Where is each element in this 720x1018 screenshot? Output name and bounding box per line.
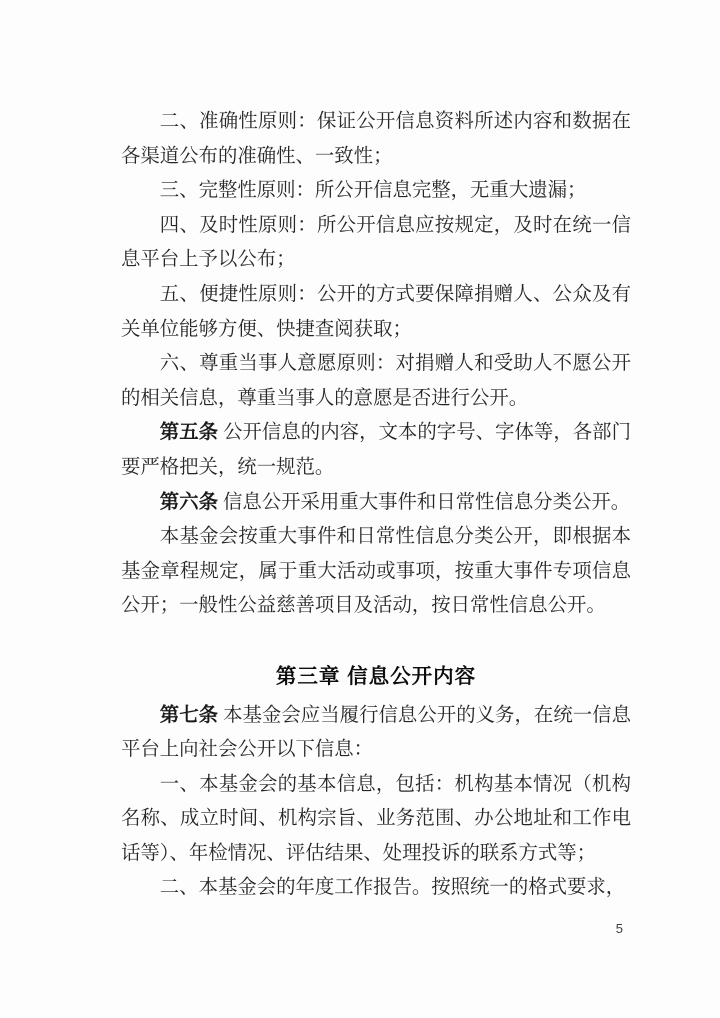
body-paragraph: 五、便捷性原则：公开的方式要保障捐赠人、公众及有关单位能够方便、快捷查阅获取； xyxy=(121,278,631,347)
article-number: 第六条 xyxy=(160,492,218,513)
body-paragraph: 四、及时性原则：所公开信息应按规定，及时在统一信息平台上予以公布； xyxy=(121,209,631,278)
body-paragraph: 一、本基金会的基本信息，包括：机构基本情况（机构名称、成立时间、机构宗旨、业务范… xyxy=(121,768,631,872)
body-paragraph: 二、准确性原则：保证公开信息资料所述内容和数据在各渠道公布的准确性、一致性； xyxy=(121,105,631,174)
document-body: 二、准确性原则：保证公开信息资料所述内容和数据在各渠道公布的准确性、一致性；三、… xyxy=(121,105,631,906)
article-paragraph: 第七条本基金会应当履行信息公开的义务，在统一信息平台上向社会公开以下信息： xyxy=(121,699,631,768)
document-page: 二、准确性原则：保证公开信息资料所述内容和数据在各渠道公布的准确性、一致性；三、… xyxy=(0,0,720,1018)
page-number: 5 xyxy=(616,921,623,937)
body-paragraph: 六、尊重当事人意愿原则：对捐赠人和受助人不愿公开的相关信息，尊重当事人的意愿是否… xyxy=(121,347,631,416)
article-number: 第五条 xyxy=(160,422,218,443)
article-paragraph: 第六条信息公开采用重大事件和日常性信息分类公开。 xyxy=(121,486,631,521)
body-paragraph: 二、本基金会的年度工作报告。按照统一的格式要求， xyxy=(121,871,631,906)
chapter-heading: 第三章 信息公开内容 xyxy=(121,660,631,695)
article-paragraph: 第五条公开信息的内容，文本的字号、字体等，各部门要严格把关，统一规范。 xyxy=(121,416,631,485)
article-number: 第七条 xyxy=(160,705,218,726)
body-paragraph: 本基金会按重大事件和日常性信息分类公开，即根据本基金章程规定，属于重大活动或事项… xyxy=(121,520,631,624)
body-paragraph: 三、完整性原则：所公开信息完整，无重大遗漏； xyxy=(121,174,631,209)
